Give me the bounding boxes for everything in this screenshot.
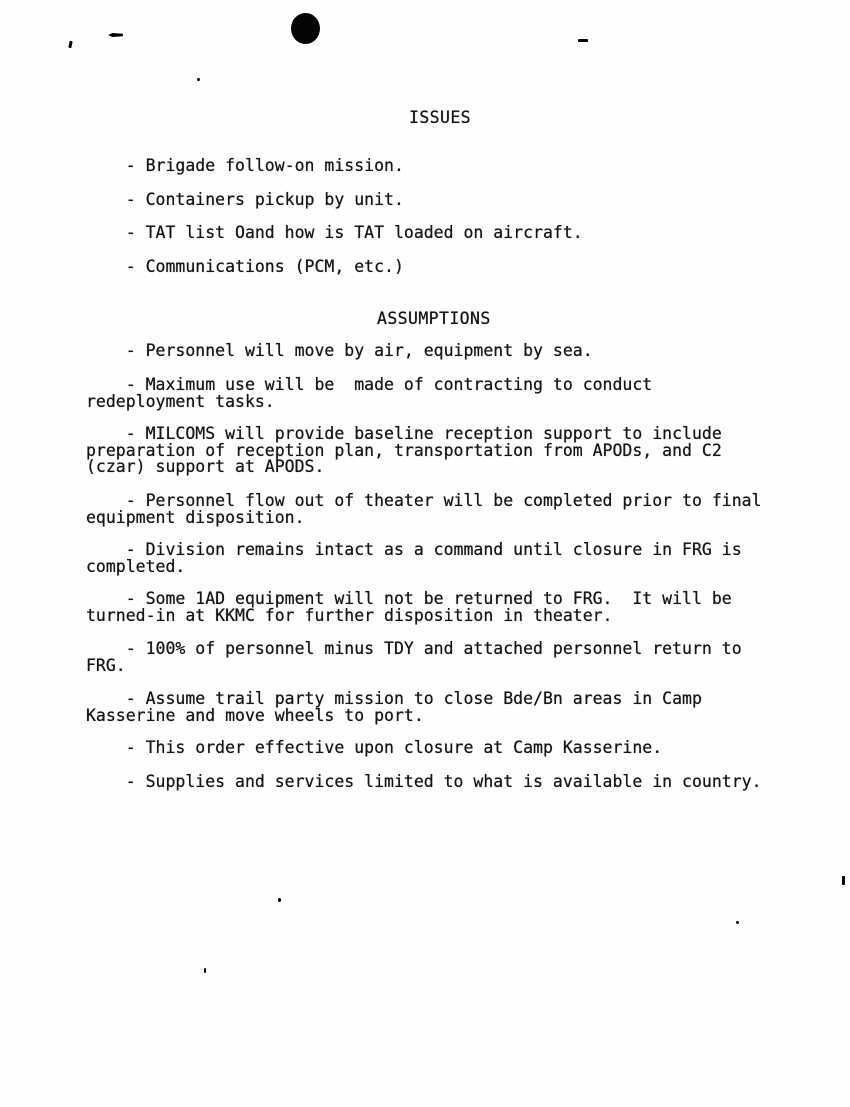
scanned-document-page: ISSUES - Brigade follow-on mission. - Co… — [0, 0, 850, 1107]
scan-speck-comma — [68, 41, 72, 48]
issues-item-1: - Brigade follow-on mission. — [86, 158, 404, 175]
assumptions-item-3: - MILCOMS will provide baseline receptio… — [86, 426, 722, 476]
assumptions-item-6: - Some 1AD equipment will not be returne… — [86, 591, 732, 624]
assumptions-item-5: - Division remains intact as a command u… — [86, 542, 742, 575]
scan-speck-dot-top — [197, 78, 200, 81]
scan-speck-dot-bottom-1 — [278, 898, 281, 902]
assumptions-item-2: - Maximum use will be made of contractin… — [86, 377, 652, 410]
assumptions-section-title: ASSUMPTIONS — [377, 310, 491, 327]
issues-item-3: - TAT list Oand how is TAT loaded on air… — [86, 225, 583, 242]
scan-speck-dash-right — [578, 39, 588, 42]
assumptions-item-9: - This order effective upon closure at C… — [86, 740, 662, 757]
scan-speck-tick-right — [842, 876, 845, 885]
scan-speck-dash-left — [108, 33, 123, 37]
issues-section-title: ISSUES — [409, 109, 471, 126]
assumptions-item-7: - 100% of personnel minus TDY and attach… — [86, 641, 742, 674]
assumptions-item-8: - Assume trail party mission to close Bd… — [86, 691, 702, 724]
issues-item-4: - Communications (PCM, etc.) — [86, 259, 404, 276]
hole-punch-mark — [291, 13, 320, 44]
assumptions-item-10: - Supplies and services limited to what … — [86, 774, 762, 791]
assumptions-item-4: - Personnel flow out of theater will be … — [86, 493, 762, 526]
issues-item-2: - Containers pickup by unit. — [86, 192, 404, 209]
assumptions-item-1: - Personnel will move by air, equipment … — [86, 343, 593, 360]
scan-speck-dot-bottom-3 — [204, 968, 206, 973]
scan-speck-dot-bottom-2 — [736, 921, 739, 924]
